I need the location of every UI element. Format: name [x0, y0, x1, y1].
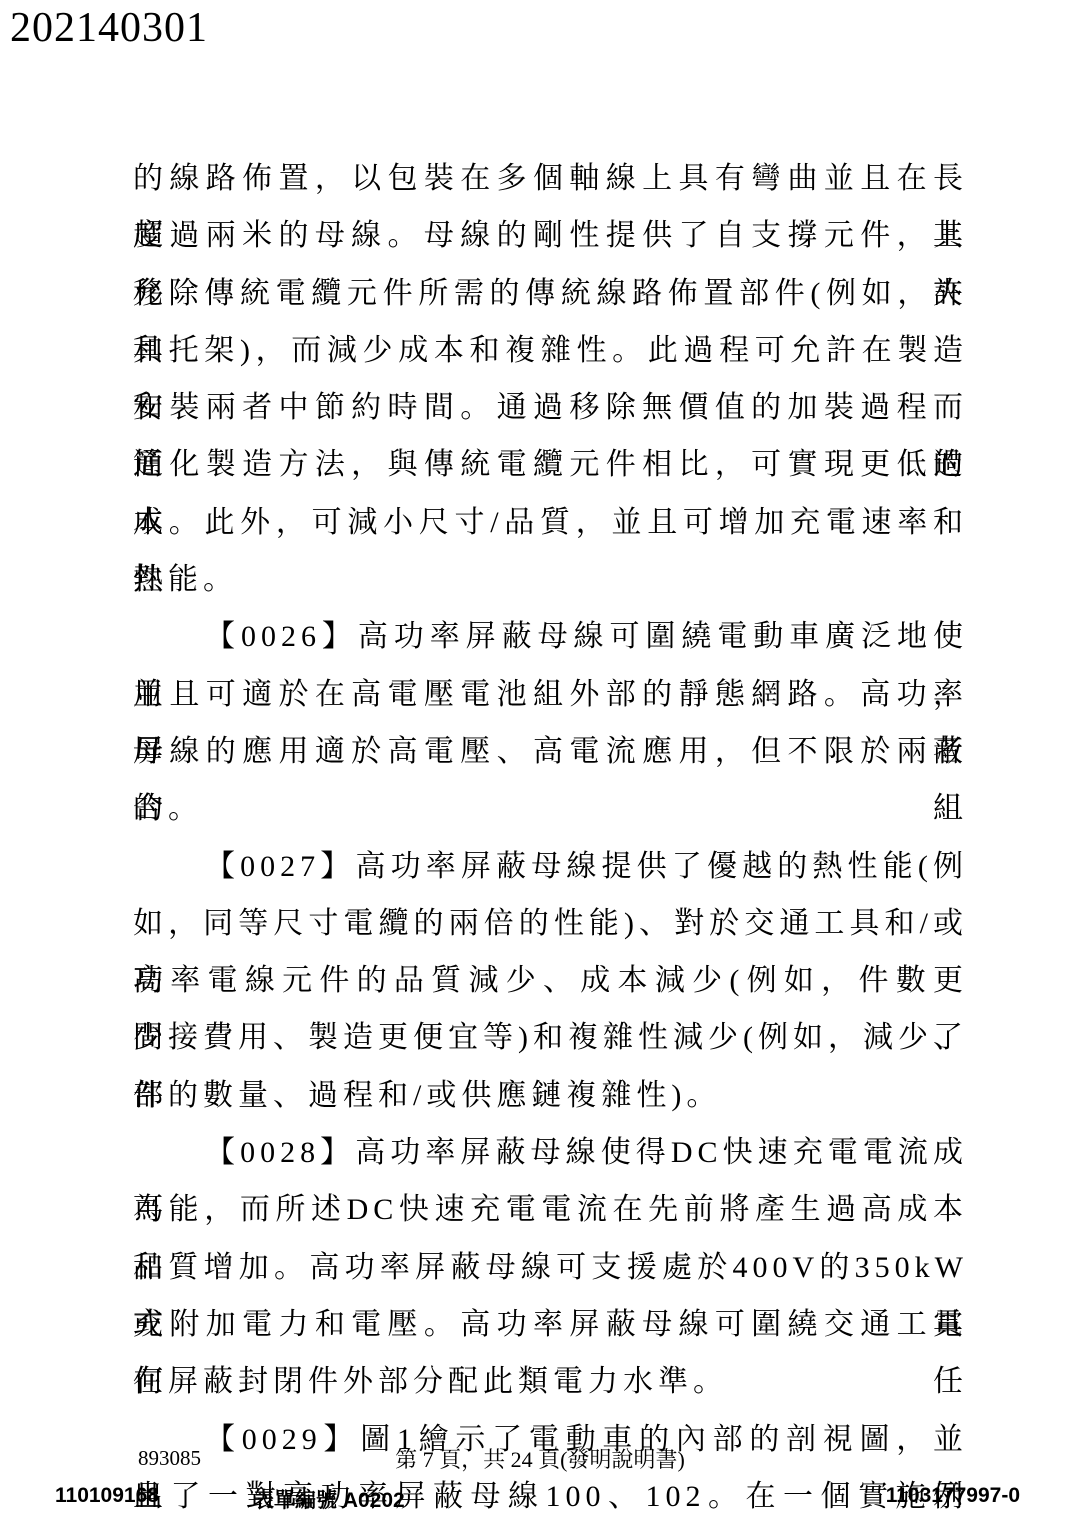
body-line: 簡化製造方法，與傳統電纜元件相比，可實現更低的成	[133, 436, 968, 493]
body-line: 品質增加。高功率屏蔽母線可支援處於400V的350kW充電	[133, 1239, 968, 1296]
body-line: 件的數量、過程和/或供應鏈複雜性)。	[133, 1067, 968, 1124]
body-line: 移除傳統電纜元件所需的傳統線路佈置部件(例如，夾具	[133, 265, 968, 322]
body-line: 如，同等尺寸電纜的兩倍的性能)、對於交通工具和/或高	[133, 895, 968, 952]
body-line: 可能，而所述DC快速充電電流在先前將產生過高成本和	[133, 1181, 968, 1238]
footer-control-number: 1103177997-0	[886, 1484, 1020, 1508]
body-line: 或附加電力和電壓。高功率屏蔽母線可圍繞交通工具在任	[133, 1296, 968, 1353]
body-text: 的線路佈置，以包裝在多個軸線上具有彎曲並且在長度上 超過兩米的母線。母線的剛性提…	[133, 150, 968, 1525]
body-line: 本。此外，可減小尺寸/品質，並且可增加充電速率和熱	[133, 494, 968, 551]
body-line: 並且可適於在高電壓電池組外部的靜態網路。高功率屏蔽	[133, 666, 968, 723]
body-line: 安裝兩者中節約時間。通過移除無價值的加裝過程而通過	[133, 379, 968, 436]
footer-page-info: 第 7 頁，共 24 頁(發明說明書)	[0, 1443, 1080, 1474]
body-line: 母線的應用適於高電壓、高電流應用，但不限於兩者的組	[133, 723, 968, 780]
publication-number: 202140301	[10, 4, 208, 52]
patent-document-page: 202140301 的線路佈置，以包裝在多個軸線上具有彎曲並且在長度上 超過兩米…	[0, 0, 1080, 1526]
body-line: 性能。	[133, 551, 968, 608]
body-line: 和托架)，而減少成本和複雜性。此過程可允許在製造和	[133, 322, 968, 379]
paragraph-0026-start-line: 【0026】高功率屏蔽母線可圍繞電動車廣泛地使用，	[133, 608, 968, 665]
footer-application-number: 110109168	[55, 1484, 159, 1508]
paragraph-0028-start-line: 【0028】高功率屏蔽母線使得DC快速充電電流成為	[133, 1124, 968, 1181]
body-line: 的線路佈置，以包裝在多個軸線上具有彎曲並且在長度上	[133, 150, 968, 207]
footer-form-number: 表單編號 A0202	[253, 1484, 405, 1514]
body-line: 超過兩米的母線。母線的剛性提供了自支撐元件，其允許	[133, 207, 968, 264]
body-line: 間接費用、製造更便宜等)和複雜性減少(例如，減少了部	[133, 1009, 968, 1066]
body-line: 功率電線元件的品質減少、成本減少(例如，件數更少、	[133, 952, 968, 1009]
paragraph-0027-start-line: 【0027】高功率屏蔽母線提供了優越的熱性能(例	[133, 838, 968, 895]
